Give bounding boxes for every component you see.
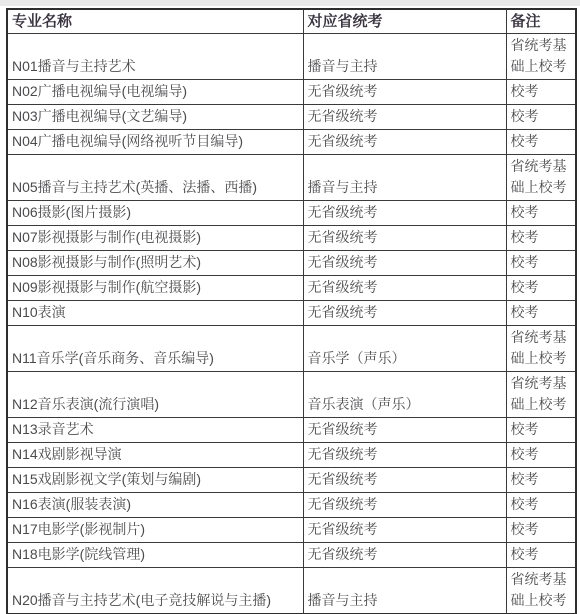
table-body: N01播音与主持艺术 播音与主持 省统考基础上校考 N02广播电视编导(电视编导… [7,34,576,614]
major-cell: N16表演(服装表演) [7,493,303,518]
major-cell: N05播音与主持艺术(英播、法播、西播) [7,155,303,201]
major-cell: N09影视摄影与制作(航空摄影) [7,276,303,301]
column-header-note: 备注 [506,9,576,34]
table-row: N03广播电视编导(文艺编导) 无省级统考 校考 [7,105,576,130]
exam-cell: 播音与主持 [303,155,506,201]
exam-cell: 无省级统考 [303,418,506,443]
note-cell: 校考 [506,105,576,130]
major-cell: N06摄影(图片摄影) [7,201,303,226]
major-cell: N17电影学(影视制片) [7,518,303,543]
note-cell: 省统考基础上校考 [506,326,576,372]
table-row: N04广播电视编导(网络视听节目编导) 无省级统考 校考 [7,130,576,155]
note-cell: 校考 [506,251,576,276]
exam-cell: 无省级统考 [303,493,506,518]
note-cell: 校考 [506,201,576,226]
exam-cell: 无省级统考 [303,251,506,276]
table-row: N12音乐表演(流行演唱) 音乐表演（声乐） 省统考基础上校考 [7,372,576,418]
table-row: N08影视摄影与制作(照明艺术) 无省级统考 校考 [7,251,576,276]
table-row: N16表演(服装表演) 无省级统考 校考 [7,493,576,518]
note-cell: 省统考基础上校考 [506,372,576,418]
exam-cell: 播音与主持 [303,34,506,80]
note-cell: 校考 [506,80,576,105]
major-cell: N07影视摄影与制作(电视摄影) [7,226,303,251]
exam-cell: 无省级统考 [303,201,506,226]
note-cell: 校考 [506,226,576,251]
table-row: N09影视摄影与制作(航空摄影) 无省级统考 校考 [7,276,576,301]
exam-cell: 无省级统考 [303,226,506,251]
note-cell: 校考 [506,518,576,543]
table-row: N10表演 无省级统考 校考 [7,301,576,326]
exam-cell: 无省级统考 [303,543,506,568]
major-cell: N10表演 [7,301,303,326]
major-cell: N01播音与主持艺术 [7,34,303,80]
table-row: N05播音与主持艺术(英播、法播、西播) 播音与主持 省统考基础上校考 [7,155,576,201]
table-row: N18电影学(院线管理) 无省级统考 校考 [7,543,576,568]
exam-cell: 无省级统考 [303,80,506,105]
exam-cell: 播音与主持 [303,568,506,614]
note-cell: 校考 [506,418,576,443]
note-cell: 省统考基础上校考 [506,155,576,201]
major-cell: N04广播电视编导(网络视听节目编导) [7,130,303,155]
exam-cell: 无省级统考 [303,468,506,493]
note-cell: 省统考基础上校考 [506,568,576,614]
note-cell: 省统考基础上校考 [506,34,576,80]
major-cell: N12音乐表演(流行演唱) [7,372,303,418]
note-cell: 校考 [506,443,576,468]
table-row: N07影视摄影与制作(电视摄影) 无省级统考 校考 [7,226,576,251]
column-header-major: 专业名称 [7,9,303,34]
table-row: N06摄影(图片摄影) 无省级统考 校考 [7,201,576,226]
exam-cell: 音乐表演（声乐） [303,372,506,418]
major-cell: N13录音艺术 [7,418,303,443]
table-row: N14戏剧影视导演 无省级统考 校考 [7,443,576,468]
major-cell: N20播音与主持艺术(电子竞技解说与主播) [7,568,303,614]
major-cell: N18电影学(院线管理) [7,543,303,568]
major-cell: N15戏剧影视文学(策划与编剧) [7,468,303,493]
exam-cell: 无省级统考 [303,518,506,543]
table-row: N11音乐学(音乐商务、音乐编导) 音乐学（声乐） 省统考基础上校考 [7,326,576,372]
table-row: N15戏剧影视文学(策划与编剧) 无省级统考 校考 [7,468,576,493]
exam-cell: 无省级统考 [303,105,506,130]
exam-cell: 无省级统考 [303,276,506,301]
note-cell: 校考 [506,276,576,301]
exam-cell: 无省级统考 [303,301,506,326]
note-cell: 校考 [506,301,576,326]
majors-table: 专业名称 对应省统考 备注 N01播音与主持艺术 播音与主持 省统考基础上校考 … [6,8,577,614]
note-cell: 校考 [506,468,576,493]
table-row: N17电影学(影视制片) 无省级统考 校考 [7,518,576,543]
note-cell: 校考 [506,493,576,518]
top-strip [0,0,580,6]
note-cell: 校考 [506,543,576,568]
major-cell: N02广播电视编导(电视编导) [7,80,303,105]
table-row: N02广播电视编导(电视编导) 无省级统考 校考 [7,80,576,105]
major-cell: N08影视摄影与制作(照明艺术) [7,251,303,276]
exam-cell: 无省级统考 [303,130,506,155]
major-cell: N03广播电视编导(文艺编导) [7,105,303,130]
table-row: N13录音艺术 无省级统考 校考 [7,418,576,443]
column-header-exam: 对应省统考 [303,9,506,34]
major-cell: N11音乐学(音乐商务、音乐编导) [7,326,303,372]
major-cell: N14戏剧影视导演 [7,443,303,468]
note-cell: 校考 [506,130,576,155]
table-row: N01播音与主持艺术 播音与主持 省统考基础上校考 [7,34,576,80]
table-header: 专业名称 对应省统考 备注 [7,9,576,34]
table-row: N20播音与主持艺术(电子竞技解说与主播) 播音与主持 省统考基础上校考 [7,568,576,614]
header-row: 专业名称 对应省统考 备注 [7,9,576,34]
exam-cell: 无省级统考 [303,443,506,468]
exam-cell: 音乐学（声乐） [303,326,506,372]
page: 专业名称 对应省统考 备注 N01播音与主持艺术 播音与主持 省统考基础上校考 … [0,0,580,614]
